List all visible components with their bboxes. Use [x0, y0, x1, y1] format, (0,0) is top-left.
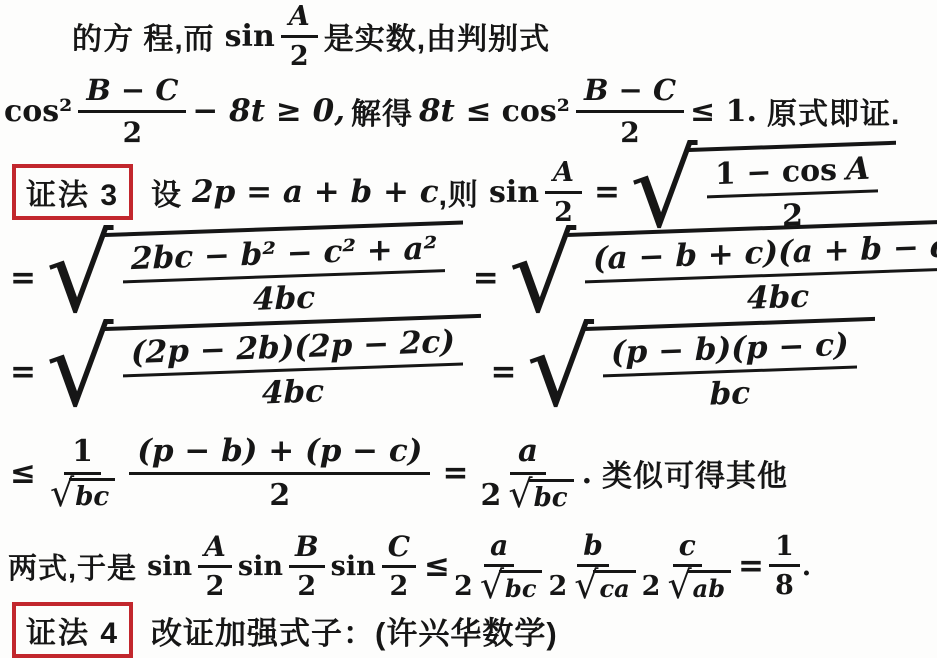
sin-function: sin [489, 175, 539, 210]
text-cn: 原式即证. [767, 89, 900, 133]
square-root: √ (2p − 2b)(2p − 2c) 4bc [46, 327, 481, 417]
radicand: ca [593, 570, 635, 603]
radicand: bc [499, 570, 542, 603]
fraction-A-2: A 2 [281, 1, 318, 72]
radical-sign: √ [46, 327, 114, 412]
equals-sign: = [473, 260, 499, 296]
fraction-under-root: 2bc − b² − c² + a² 4bc [123, 230, 445, 322]
text-cn: ,则 [439, 170, 479, 214]
fraction-under-root: (a − b + c)(a + b − c) 4bc [585, 228, 937, 322]
fraction-A-2: A 2 [198, 530, 232, 602]
numerator-var: A [846, 150, 870, 187]
denominator: 2 [297, 571, 316, 602]
square-root: √ bc [480, 570, 543, 603]
square-root: √ bc [508, 479, 573, 513]
proof-line-8: 证法 4 改证加强式子：(许兴华数学) [12, 604, 558, 656]
denominator: 2 [390, 571, 409, 602]
denominator: 2 [290, 41, 309, 72]
numerator: b [583, 529, 603, 562]
fraction-c-over-2sqrt-ab: c 2 √ ab [642, 529, 733, 603]
proof-line-4: = √ 2bc − b² − c² + a² 4bc = √ (a − b + … [4, 232, 937, 324]
equals-sign: = [10, 260, 36, 296]
equals-sign: = [10, 354, 36, 390]
numerator: C [388, 530, 410, 563]
proof-line-5: = √ (2p − 2b)(2p − 2c) 4bc = √ (p − b)(p… [4, 324, 879, 420]
sin-function: sin [331, 551, 376, 582]
numerator: B − C [584, 73, 676, 107]
less-equal-sign: ≤ [424, 548, 450, 584]
numerator: (2p − 2b)(2p − 2c) [131, 324, 455, 371]
coefficient-2: 2 [548, 571, 567, 602]
radicand: bc [69, 478, 115, 512]
period: . [802, 551, 811, 582]
sin-function: sin [225, 19, 275, 54]
radical-sign: √ [527, 327, 595, 412]
numerator: 1 [775, 531, 794, 562]
math-run: 2p = a + b + c [192, 174, 439, 210]
fraction-B-2: B 2 [289, 530, 325, 602]
numerator: (p − b)(p − c) [611, 327, 849, 371]
less-equal-sign: ≤ [10, 455, 36, 491]
equals-sign: = [442, 455, 468, 491]
denominator: 4bc [261, 373, 323, 411]
numerator: A [204, 530, 226, 563]
fraction-BC-2: B − C 2 [78, 73, 186, 149]
text-cn: 的方 程,而 [72, 14, 215, 58]
period: . [582, 456, 592, 491]
equals-sign: = [491, 354, 517, 390]
denominator: 8 [775, 570, 794, 601]
scanned-math-page: 的方 程,而 sin A 2 是实数,由判别式 cos² B − C 2 − 8… [0, 0, 937, 658]
fraction-1-8: 1 8 [769, 531, 800, 601]
square-root: √ ca [574, 570, 635, 603]
fraction-a-over-2sqrt-bc: a 2 √ bc [480, 433, 575, 513]
proof-line-2: cos² B − C 2 − 8t ≥ 0, 解得 8t ≤ cos² B − … [4, 72, 900, 150]
numerator: 2bc − b² − c² + a² [131, 230, 437, 277]
fraction-under-root: (2p − 2b)(2p − 2c) 4bc [123, 323, 463, 416]
sin-function: sin [147, 551, 192, 582]
text-cn: 改证加强式子：(许兴华数学) [151, 608, 558, 653]
equals-sign: = [594, 174, 620, 210]
text-cn: 设 [151, 170, 182, 214]
proof-line-7: 两式,于是 sin A 2 sin B 2 sin C 2 ≤ a 2 √ bc [8, 522, 811, 610]
radical-sign: √ [630, 148, 698, 233]
fraction-C-2: C 2 [382, 530, 416, 602]
numerator: B − C [86, 73, 178, 107]
square-root: √ ab [667, 570, 731, 603]
denominator: 4bc [747, 279, 809, 317]
math-run: − 8t ≥ 0, [192, 93, 345, 129]
fraction-sum-over-2: (p − b) + (p − c) 2 [129, 433, 430, 513]
coefficient-2: 2 [480, 478, 501, 513]
fraction-under-root: (p − b)(p − c) bc [603, 327, 857, 417]
numerator: A [289, 1, 310, 32]
text-cn: 两式,于是 [8, 546, 137, 587]
denominator: 2 [123, 116, 142, 149]
text-cn: 解得 [351, 89, 413, 133]
proof-line-1: 的方 程,而 sin A 2 是实数,由判别式 [72, 4, 550, 68]
square-root: √ (p − b)(p − c) bc [527, 327, 875, 417]
method-4-label-box: 证法 4 [12, 602, 133, 658]
numerator: A [553, 157, 574, 188]
fraction-1-over-sqrt-bc: 1 √ bc [48, 434, 117, 512]
radicand: ab [687, 570, 731, 603]
radical-sign: √ [46, 233, 114, 318]
numerator: c [679, 529, 696, 562]
coefficient-2: 2 [454, 571, 473, 602]
cos-squared: cos² [502, 94, 570, 129]
cos-squared: cos² [4, 94, 72, 129]
sin-function: sin [238, 551, 283, 582]
numerator: a [490, 529, 508, 562]
text-cn: 是实数,由判别式 [324, 14, 550, 58]
equals-sign: = [738, 548, 764, 584]
proof-line-6: ≤ 1 √ bc (p − b) + (p − c) 2 = a 2 √ bc [4, 422, 788, 524]
numerator: (p − b) + (p − c) [137, 433, 422, 469]
numerator: (a − b + c)(a + b − c) [593, 228, 937, 277]
denominator: 2 [206, 571, 225, 602]
denominator: 2 [269, 478, 290, 513]
coefficient-2: 2 [642, 571, 661, 602]
math-run: 8t ≤ [419, 93, 492, 129]
numerator-roman: 1 − cos [715, 152, 837, 191]
fraction-b-over-2sqrt-ca: b 2 √ ca [548, 529, 637, 603]
square-root: √ bc [50, 478, 115, 512]
method-3-label-box: 证法 3 [12, 164, 133, 220]
numerator: a [518, 433, 538, 469]
numerator: B [295, 530, 319, 563]
fraction-a-over-2sqrt-bc: a 2 √ bc [454, 529, 544, 603]
math-run: ≤ 1. [690, 94, 757, 129]
text-cn: 类似可得其他 [602, 451, 788, 495]
denominator: bc [710, 375, 751, 412]
radicand: bc [528, 479, 574, 513]
denominator: 4bc [253, 280, 315, 318]
numerator: 1 [72, 434, 93, 469]
